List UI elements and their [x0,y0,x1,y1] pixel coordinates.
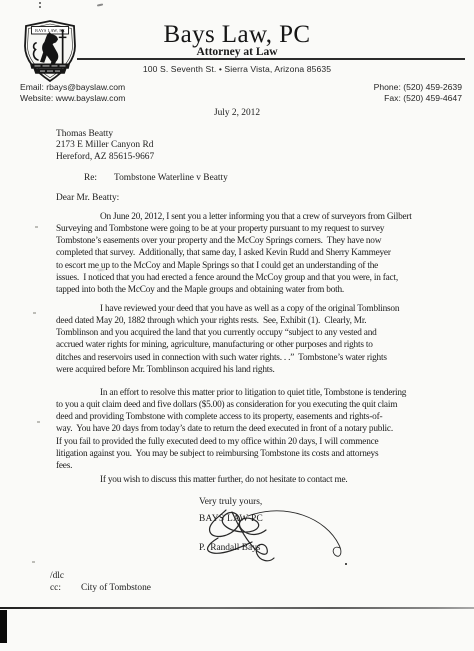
scan-speck [32,561,35,563]
scan-speck [37,421,40,423]
signer-name: P. Randall Bays [199,543,260,553]
bottom-scan-line [0,607,474,609]
firm-tagline: Attorney at Law [0,46,474,58]
scan-speck [97,3,103,6]
body-paragraph-4: If you wish to discuss this matter furth… [56,474,347,486]
recipient-address: Thomas Beatty 2173 E Miller Canyon Rd He… [56,129,154,163]
body-paragraph-1: On June 20, 2012, I sent you a letter in… [56,211,412,296]
contact-block-right: Phone: (520) 459-2639 Fax: (520) 459-464… [374,82,462,104]
cc-value: City of Tombstone [81,583,151,593]
signature-scrawl [186,500,354,576]
scan-speck [35,226,38,228]
cc-label: cc: [50,583,61,593]
body-paragraph-2: I have reviewed your deed that you have … [56,303,399,376]
re-label: Re: [84,173,97,183]
cc-line: cc:City of Tombstone [50,583,151,593]
contact-block-left: Email: rbays@bayslaw.com Website: www.ba… [20,82,125,104]
firm-street-address: 100 S. Seventh St. • Sierra Vista, Arizo… [0,64,474,74]
scan-speck [33,312,36,314]
firm-name: Bays Law, PC [0,21,474,49]
phone-line: Phone: (520) 459-2639 [374,82,462,93]
re-value: Tombstone Waterline v Beatty [114,173,228,183]
scan-speck [39,2,41,4]
scanned-letter-page: BAYS LAW, PC Bays Law, PC Attorney at La… [0,0,474,651]
email-line: Email: rbays@bayslaw.com [20,82,125,93]
typist-initials: /dlc [50,571,64,581]
website-line: Website: www.bayslaw.com [20,93,125,104]
letter-date: July 2, 2012 [0,108,474,118]
scan-artifact-blob [0,610,7,643]
body-paragraph-3: In an effort to resolve this matter prio… [56,387,406,472]
re-line: Re:Tombstone Waterline v Beatty [84,173,228,183]
fax-line: Fax: (520) 459-4647 [374,93,462,104]
letterhead-rule [77,58,465,60]
salutation: Dear Mr. Beatty: [56,193,119,203]
